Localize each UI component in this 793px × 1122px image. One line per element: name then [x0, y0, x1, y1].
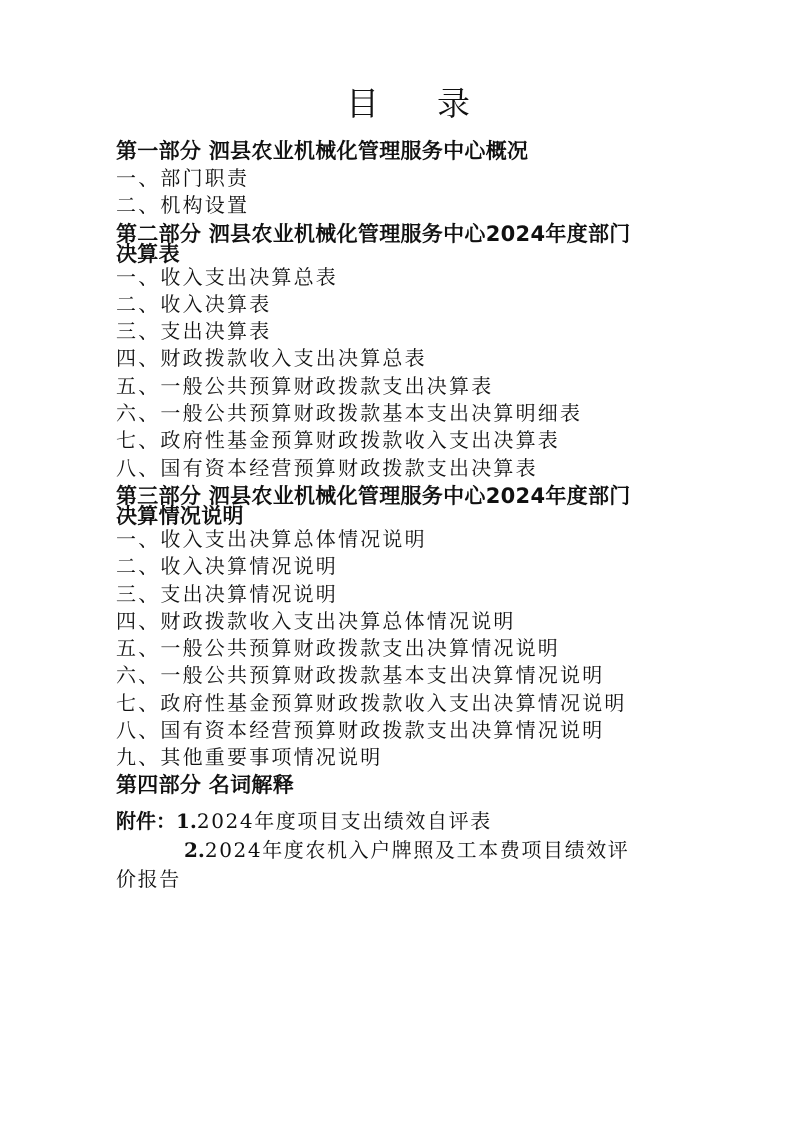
part-1-heading[interactable]: 第一部分 泗县农业机械化管理服务中心概况 [116, 138, 686, 165]
part-3-heading-line2: 决算情况说明 [116, 506, 686, 526]
part-3-heading-line1: 第三部分 泗县农业机械化管理服务中心2024年度部门 [116, 486, 686, 506]
toc-item[interactable]: 九、其他重要事项情况说明 [116, 744, 686, 771]
part-3-heading[interactable]: 第三部分 泗县农业机械化管理服务中心2024年度部门 决算情况说明 [116, 482, 686, 526]
toc-item[interactable]: 七、政府性基金预算财政拨款收入支出决算表 [116, 427, 686, 454]
toc-item[interactable]: 七、政府性基金预算财政拨款收入支出决算情况说明 [116, 690, 686, 717]
attachment-title: 2024年度项目支出绩效自评表 [197, 809, 492, 833]
toc-part-4: 第四部分 名词解释 [116, 772, 686, 799]
toc-item[interactable]: 一、部门职责 [116, 165, 686, 192]
part-2-heading[interactable]: 第二部分 泗县农业机械化管理服务中心2024年度部门 决算表 [116, 220, 686, 264]
title-char-right: 录 [437, 84, 470, 123]
toc-item[interactable]: 二、收入决算情况说明 [116, 553, 686, 580]
toc-item[interactable]: 一、收入支出决算总体情况说明 [116, 526, 686, 553]
title-char-left: 目 [346, 84, 379, 123]
toc-item[interactable]: 三、支出决算表 [116, 318, 686, 345]
part-2-heading-line1: 第二部分 泗县农业机械化管理服务中心2024年度部门 [116, 224, 686, 244]
attachment-number: 2. [184, 838, 205, 862]
toc-item[interactable]: 三、支出决算情况说明 [116, 581, 686, 608]
attachment-2-continuation: 价报告 [116, 865, 686, 894]
toc-item[interactable]: 五、一般公共预算财政拨款支出决算情况说明 [116, 635, 686, 662]
toc-part-1: 第一部分 泗县农业机械化管理服务中心概况 一、部门职责 二、机构设置 [116, 138, 686, 220]
part-4-heading[interactable]: 第四部分 名词解释 [116, 772, 686, 799]
toc-item[interactable]: 五、一般公共预算财政拨款支出决算表 [116, 373, 686, 400]
toc-item[interactable]: 四、财政拨款收入支出决算总体情况说明 [116, 608, 686, 635]
toc-item[interactable]: 二、收入决算表 [116, 291, 686, 318]
toc-item[interactable]: 二、机构设置 [116, 192, 686, 219]
attachment-1[interactable]: 附件：1.2024年度项目支出绩效自评表 [116, 807, 686, 836]
attachments-section: 附件：1.2024年度项目支出绩效自评表 2.2024年度农机入户牌照及工本费项… [116, 807, 686, 894]
toc-part-3: 第三部分 泗县农业机械化管理服务中心2024年度部门 决算情况说明 一、收入支出… [116, 482, 686, 772]
part-2-heading-line2: 决算表 [116, 244, 686, 264]
toc-page: 目录 第一部分 泗县农业机械化管理服务中心概况 一、部门职责 二、机构设置 第二… [116, 82, 686, 894]
attachment-number: 1. [176, 809, 197, 833]
toc-item[interactable]: 四、财政拨款收入支出决算总表 [116, 345, 686, 372]
toc-item[interactable]: 八、国有资本经营预算财政拨款支出决算表 [116, 455, 686, 482]
page-title: 目录 [116, 82, 686, 126]
toc-item[interactable]: 六、一般公共预算财政拨款基本支出决算情况说明 [116, 662, 686, 689]
toc-item[interactable]: 八、国有资本经营预算财政拨款支出决算情况说明 [116, 717, 686, 744]
toc-item[interactable]: 一、收入支出决算总表 [116, 264, 686, 291]
toc-item[interactable]: 六、一般公共预算财政拨款基本支出决算明细表 [116, 400, 686, 427]
attachment-title: 2024年度农机入户牌照及工本费项目绩效评 [205, 838, 630, 862]
toc-part-2: 第二部分 泗县农业机械化管理服务中心2024年度部门 决算表 一、收入支出决算总… [116, 220, 686, 482]
attachment-2[interactable]: 2.2024年度农机入户牌照及工本费项目绩效评 [116, 836, 686, 865]
attachments-label: 附件： [116, 809, 176, 833]
